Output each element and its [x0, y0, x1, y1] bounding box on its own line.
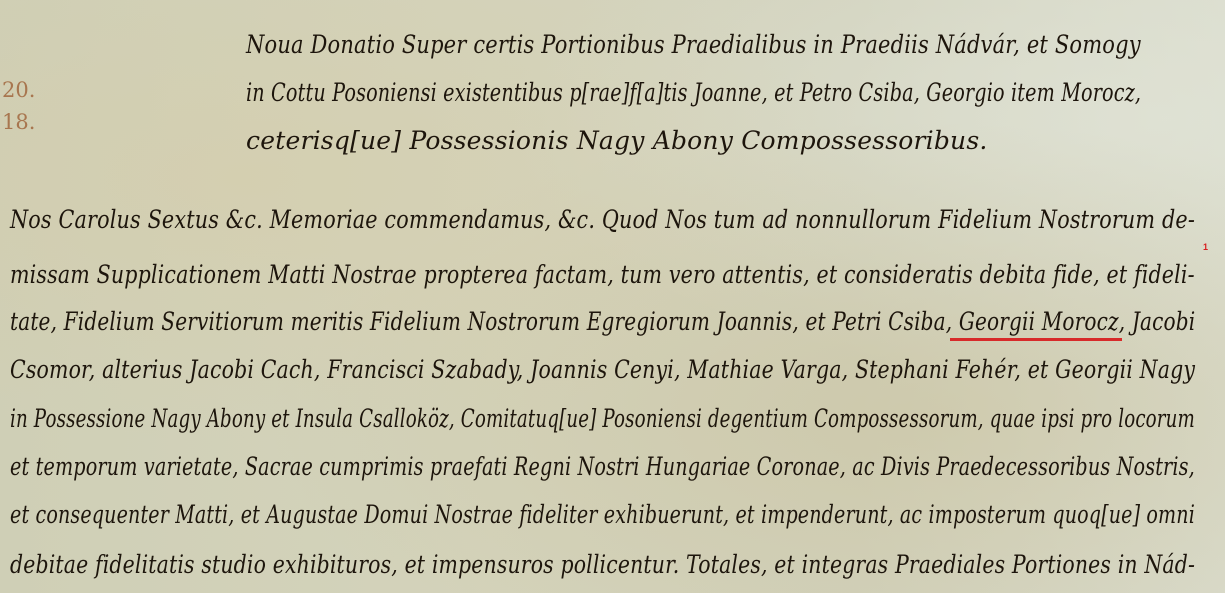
body-line-2: missam Supplicationem Matti Nostrae prop…	[10, 260, 1195, 289]
margin-note-18: 18.	[2, 110, 35, 134]
manuscript-page: 20. 18. Noua Donatio Super certis Portio…	[0, 0, 1225, 593]
heading-line-1: Noua Donatio Super certis Portionibus Pr…	[246, 30, 1141, 59]
red-underline-annotation	[950, 338, 1122, 341]
body-line-4: Csomor, alterius Jacobi Cach, Francisci …	[10, 355, 1195, 384]
heading-line-2: in Cottu Posoniensi existentibus p[rae]f…	[246, 78, 1141, 107]
body-line-8: debitae fidelitatis studio exhibituros, …	[10, 550, 1195, 579]
heading-line-3: ceterisq[ue] Possessionis Nagy Abony Com…	[246, 126, 988, 155]
page-marker: 1	[1203, 242, 1208, 252]
margin-note-20: 20.	[2, 78, 35, 102]
body-line-5: in Possessione Nagy Abony et Insula Csal…	[10, 404, 1195, 433]
body-line-1: Nos Carolus Sextus &c. Memoriae commenda…	[10, 205, 1195, 234]
body-line-7: et consequenter Matti, et Augustae Domui…	[10, 500, 1195, 529]
body-line-3: tate, Fidelium Servitiorum meritis Fidel…	[10, 307, 1195, 336]
body-line-6: et temporum varietate, Sacrae cumprimis …	[10, 452, 1195, 481]
